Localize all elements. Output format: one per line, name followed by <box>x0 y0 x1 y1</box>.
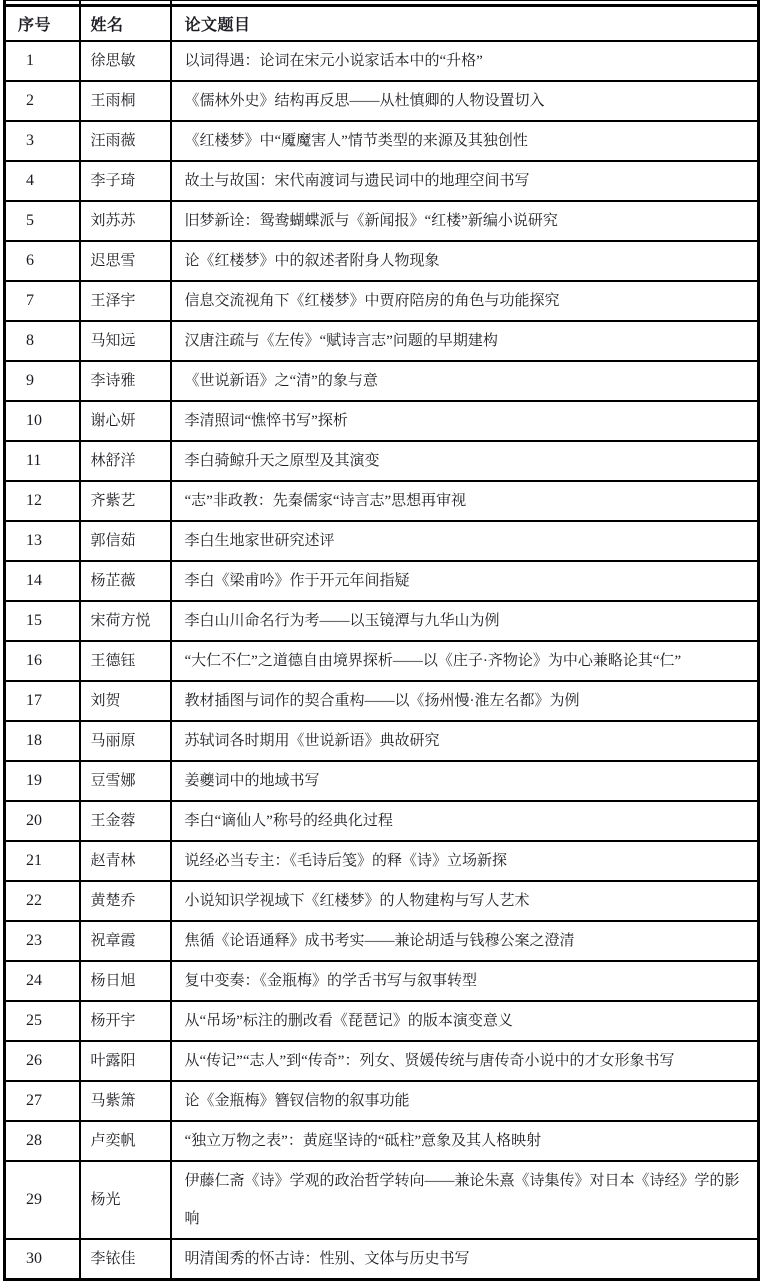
table-row: 7王泽宇信息交流视角下《红楼梦》中贾府陪房的角色与功能探究 <box>5 281 759 321</box>
table-row: 23祝章霞焦循《论语通释》成书考实——兼论胡适与钱穆公案之澄清 <box>5 921 759 961</box>
student-name-cell: 马丽原 <box>80 721 171 761</box>
column-header-title: 论文题目 <box>171 6 759 42</box>
row-index-cell: 27 <box>5 1081 80 1121</box>
table-row: 29杨光伊藤仁斋《诗》学观的政治哲学转向——兼论朱熹《诗集传》对日本《诗经》学的… <box>5 1161 759 1239</box>
row-index-cell: 7 <box>5 281 80 321</box>
student-name-cell: 迟思雪 <box>80 241 171 281</box>
table-row: 25杨开宇从“吊场”标注的删改看《琵琶记》的版本演变意义 <box>5 1001 759 1041</box>
student-name-cell: 祝章霞 <box>80 921 171 961</box>
column-header-name: 姓名 <box>80 6 171 42</box>
student-name-cell: 刘贺 <box>80 681 171 721</box>
row-index-cell: 18 <box>5 721 80 761</box>
table-row: 26叶露阳从“传记”“志人”到“传奇”：列女、贤媛传统与唐传奇小说中的才女形象书… <box>5 1041 759 1081</box>
row-index-cell: 1 <box>5 41 80 81</box>
row-index-cell: 4 <box>5 161 80 201</box>
row-index-cell: 30 <box>5 1239 80 1280</box>
table-row: 1徐思敏以词得遇：论词在宋元小说家话本中的“升格” <box>5 41 759 81</box>
table-row: 20王金蓉李白“谪仙人”称号的经典化过程 <box>5 801 759 841</box>
row-index-cell: 24 <box>5 961 80 1001</box>
row-index-cell: 6 <box>5 241 80 281</box>
row-index-cell: 10 <box>5 401 80 441</box>
row-index-cell: 20 <box>5 801 80 841</box>
paper-title-cell: 信息交流视角下《红楼梦》中贾府陪房的角色与功能探究 <box>171 281 759 321</box>
header-row: 序号 姓名 论文题目 <box>5 6 759 42</box>
row-index-cell: 3 <box>5 121 80 161</box>
row-index-cell: 16 <box>5 641 80 681</box>
paper-title-cell: 小说知识学视域下《红楼梦》的人物建构与写人艺术 <box>171 881 759 921</box>
row-index-cell: 26 <box>5 1041 80 1081</box>
table-row: 6迟思雪论《红楼梦》中的叙述者附身人物现象 <box>5 241 759 281</box>
row-index-cell: 28 <box>5 1121 80 1161</box>
table-row: 14杨芷薇李白《梁甫吟》作于开元年间指疑 <box>5 561 759 601</box>
table-row: 8马知远汉唐注疏与《左传》“赋诗言志”问题的早期建构 <box>5 321 759 361</box>
student-name-cell: 林舒洋 <box>80 441 171 481</box>
student-name-cell: 叶露阳 <box>80 1041 171 1081</box>
student-name-cell: 李子琦 <box>80 161 171 201</box>
table-row: 16王德钰“大仁不仁”之道德自由境界探析——以《庄子·齐物论》为中心兼略论其“仁… <box>5 641 759 681</box>
row-index-cell: 21 <box>5 841 80 881</box>
paper-title-cell: “大仁不仁”之道德自由境界探析——以《庄子·齐物论》为中心兼略论其“仁” <box>171 641 759 681</box>
table-body: 1徐思敏以词得遇：论词在宋元小说家话本中的“升格”2王雨桐《儒林外史》结构再反思… <box>5 41 759 1280</box>
student-name-cell: 赵青林 <box>80 841 171 881</box>
row-index-cell: 29 <box>5 1161 80 1239</box>
row-index-cell: 23 <box>5 921 80 961</box>
paper-title-cell: 论《金瓶梅》簪钗信物的叙事功能 <box>171 1081 759 1121</box>
table-row: 10谢心妍李清照词“憔悴书写”探析 <box>5 401 759 441</box>
table-row: 22黄楚乔小说知识学视域下《红楼梦》的人物建构与写人艺术 <box>5 881 759 921</box>
row-index-cell: 9 <box>5 361 80 401</box>
document-page: 序号 姓名 论文题目 1徐思敏以词得遇：论词在宋元小说家话本中的“升格”2王雨桐… <box>0 0 764 1281</box>
table-row: 27马紫箫论《金瓶梅》簪钗信物的叙事功能 <box>5 1081 759 1121</box>
student-name-cell: 杨日旭 <box>80 961 171 1001</box>
paper-title-cell: 李白《梁甫吟》作于开元年间指疑 <box>171 561 759 601</box>
table-row: 11林舒洋李白骑鲸升天之原型及其演变 <box>5 441 759 481</box>
row-index-cell: 13 <box>5 521 80 561</box>
row-index-cell: 5 <box>5 201 80 241</box>
paper-title-cell: 李白“谪仙人”称号的经典化过程 <box>171 801 759 841</box>
student-name-cell: 杨光 <box>80 1161 171 1239</box>
student-name-cell: 王泽宇 <box>80 281 171 321</box>
row-index-cell: 14 <box>5 561 80 601</box>
paper-title-cell: 故土与故国：宋代南渡词与遗民词中的地理空间书写 <box>171 161 759 201</box>
row-index-cell: 2 <box>5 81 80 121</box>
student-name-cell: 谢心妍 <box>80 401 171 441</box>
paper-title-cell: 李白山川命名行为考——以玉镜潭与九华山为例 <box>171 601 759 641</box>
thesis-list-table: 序号 姓名 论文题目 1徐思敏以词得遇：论词在宋元小说家话本中的“升格”2王雨桐… <box>3 0 760 1281</box>
table-row: 28卢奕帆“独立万物之表”：黄庭坚诗的“砥柱”意象及其人格映射 <box>5 1121 759 1161</box>
paper-title-cell: 旧梦新诠：鸳鸯蝴蝶派与《新闻报》“红楼”新编小说研究 <box>171 201 759 241</box>
paper-title-cell: 复中变奏：《金瓶梅》的学舌书写与叙事转型 <box>171 961 759 1001</box>
paper-title-cell: 李白骑鲸升天之原型及其演变 <box>171 441 759 481</box>
student-name-cell: 李铱佳 <box>80 1239 171 1280</box>
paper-title-cell: 李清照词“憔悴书写”探析 <box>171 401 759 441</box>
paper-title-cell: 伊藤仁斋《诗》学观的政治哲学转向——兼论朱熹《诗集传》对日本《诗经》学的影响 <box>171 1161 759 1239</box>
student-name-cell: 汪雨薇 <box>80 121 171 161</box>
paper-title-cell: 明清闺秀的怀古诗：性别、文体与历史书写 <box>171 1239 759 1280</box>
student-name-cell: 杨芷薇 <box>80 561 171 601</box>
student-name-cell: 宋荷方悦 <box>80 601 171 641</box>
student-name-cell: 刘苏苏 <box>80 201 171 241</box>
table-row: 30李铱佳明清闺秀的怀古诗：性别、文体与历史书写 <box>5 1239 759 1280</box>
column-header-index: 序号 <box>5 6 80 42</box>
row-index-cell: 15 <box>5 601 80 641</box>
paper-title-cell: 以词得遇：论词在宋元小说家话本中的“升格” <box>171 41 759 81</box>
paper-title-cell: “独立万物之表”：黄庭坚诗的“砥柱”意象及其人格映射 <box>171 1121 759 1161</box>
row-index-cell: 8 <box>5 321 80 361</box>
paper-title-cell: 教材插图与词作的契合重构——以《扬州慢·淮左名都》为例 <box>171 681 759 721</box>
paper-title-cell: 《世说新语》之“清”的象与意 <box>171 361 759 401</box>
row-index-cell: 22 <box>5 881 80 921</box>
table-row: 15宋荷方悦李白山川命名行为考——以玉镜潭与九华山为例 <box>5 601 759 641</box>
table-row: 4李子琦故土与故国：宋代南渡词与遗民词中的地理空间书写 <box>5 161 759 201</box>
student-name-cell: 徐思敏 <box>80 41 171 81</box>
table-row: 19豆雪娜姜夔词中的地域书写 <box>5 761 759 801</box>
paper-title-cell: 说经必当专主：《毛诗后笺》的释《诗》立场新探 <box>171 841 759 881</box>
table-row: 18马丽原苏轼词各时期用《世说新语》典故研究 <box>5 721 759 761</box>
row-index-cell: 11 <box>5 441 80 481</box>
table-row: 9李诗雅《世说新语》之“清”的象与意 <box>5 361 759 401</box>
student-name-cell: 王雨桐 <box>80 81 171 121</box>
table-row: 3汪雨薇《红楼梦》中“魇魔害人”情节类型的来源及其独创性 <box>5 121 759 161</box>
paper-title-cell: 从“吊场”标注的删改看《琵琶记》的版本演变意义 <box>171 1001 759 1041</box>
student-name-cell: 杨开宇 <box>80 1001 171 1041</box>
paper-title-cell: 李白生地家世研究述评 <box>171 521 759 561</box>
student-name-cell: 马紫箫 <box>80 1081 171 1121</box>
student-name-cell: 马知远 <box>80 321 171 361</box>
table-row: 12齐紫艺“志”非政教：先秦儒家“诗言志”思想再审视 <box>5 481 759 521</box>
row-index-cell: 12 <box>5 481 80 521</box>
table-row: 24杨日旭复中变奏：《金瓶梅》的学舌书写与叙事转型 <box>5 961 759 1001</box>
student-name-cell: 豆雪娜 <box>80 761 171 801</box>
student-name-cell: 黄楚乔 <box>80 881 171 921</box>
row-index-cell: 17 <box>5 681 80 721</box>
paper-title-cell: 苏轼词各时期用《世说新语》典故研究 <box>171 721 759 761</box>
row-index-cell: 19 <box>5 761 80 801</box>
paper-title-cell: 姜夔词中的地域书写 <box>171 761 759 801</box>
table-row: 13郭信茹李白生地家世研究述评 <box>5 521 759 561</box>
paper-title-cell: 论《红楼梦》中的叙述者附身人物现象 <box>171 241 759 281</box>
table-row: 2王雨桐《儒林外史》结构再反思——从杜慎卿的人物设置切入 <box>5 81 759 121</box>
student-name-cell: 王金蓉 <box>80 801 171 841</box>
table-row: 5刘苏苏旧梦新诠：鸳鸯蝴蝶派与《新闻报》“红楼”新编小说研究 <box>5 201 759 241</box>
paper-title-cell: 《儒林外史》结构再反思——从杜慎卿的人物设置切入 <box>171 81 759 121</box>
paper-title-cell: 从“传记”“志人”到“传奇”：列女、贤媛传统与唐传奇小说中的才女形象书写 <box>171 1041 759 1081</box>
student-name-cell: 郭信茹 <box>80 521 171 561</box>
row-index-cell: 25 <box>5 1001 80 1041</box>
paper-title-cell: 焦循《论语通释》成书考实——兼论胡适与钱穆公案之澄清 <box>171 921 759 961</box>
paper-title-cell: 《红楼梦》中“魇魔害人”情节类型的来源及其独创性 <box>171 121 759 161</box>
table-row: 17刘贺教材插图与词作的契合重构——以《扬州慢·淮左名都》为例 <box>5 681 759 721</box>
student-name-cell: 卢奕帆 <box>80 1121 171 1161</box>
student-name-cell: 李诗雅 <box>80 361 171 401</box>
table-row: 21赵青林说经必当专主：《毛诗后笺》的释《诗》立场新探 <box>5 841 759 881</box>
student-name-cell: 齐紫艺 <box>80 481 171 521</box>
paper-title-cell: 汉唐注疏与《左传》“赋诗言志”问题的早期建构 <box>171 321 759 361</box>
student-name-cell: 王德钰 <box>80 641 171 681</box>
paper-title-cell: “志”非政教：先秦儒家“诗言志”思想再审视 <box>171 481 759 521</box>
